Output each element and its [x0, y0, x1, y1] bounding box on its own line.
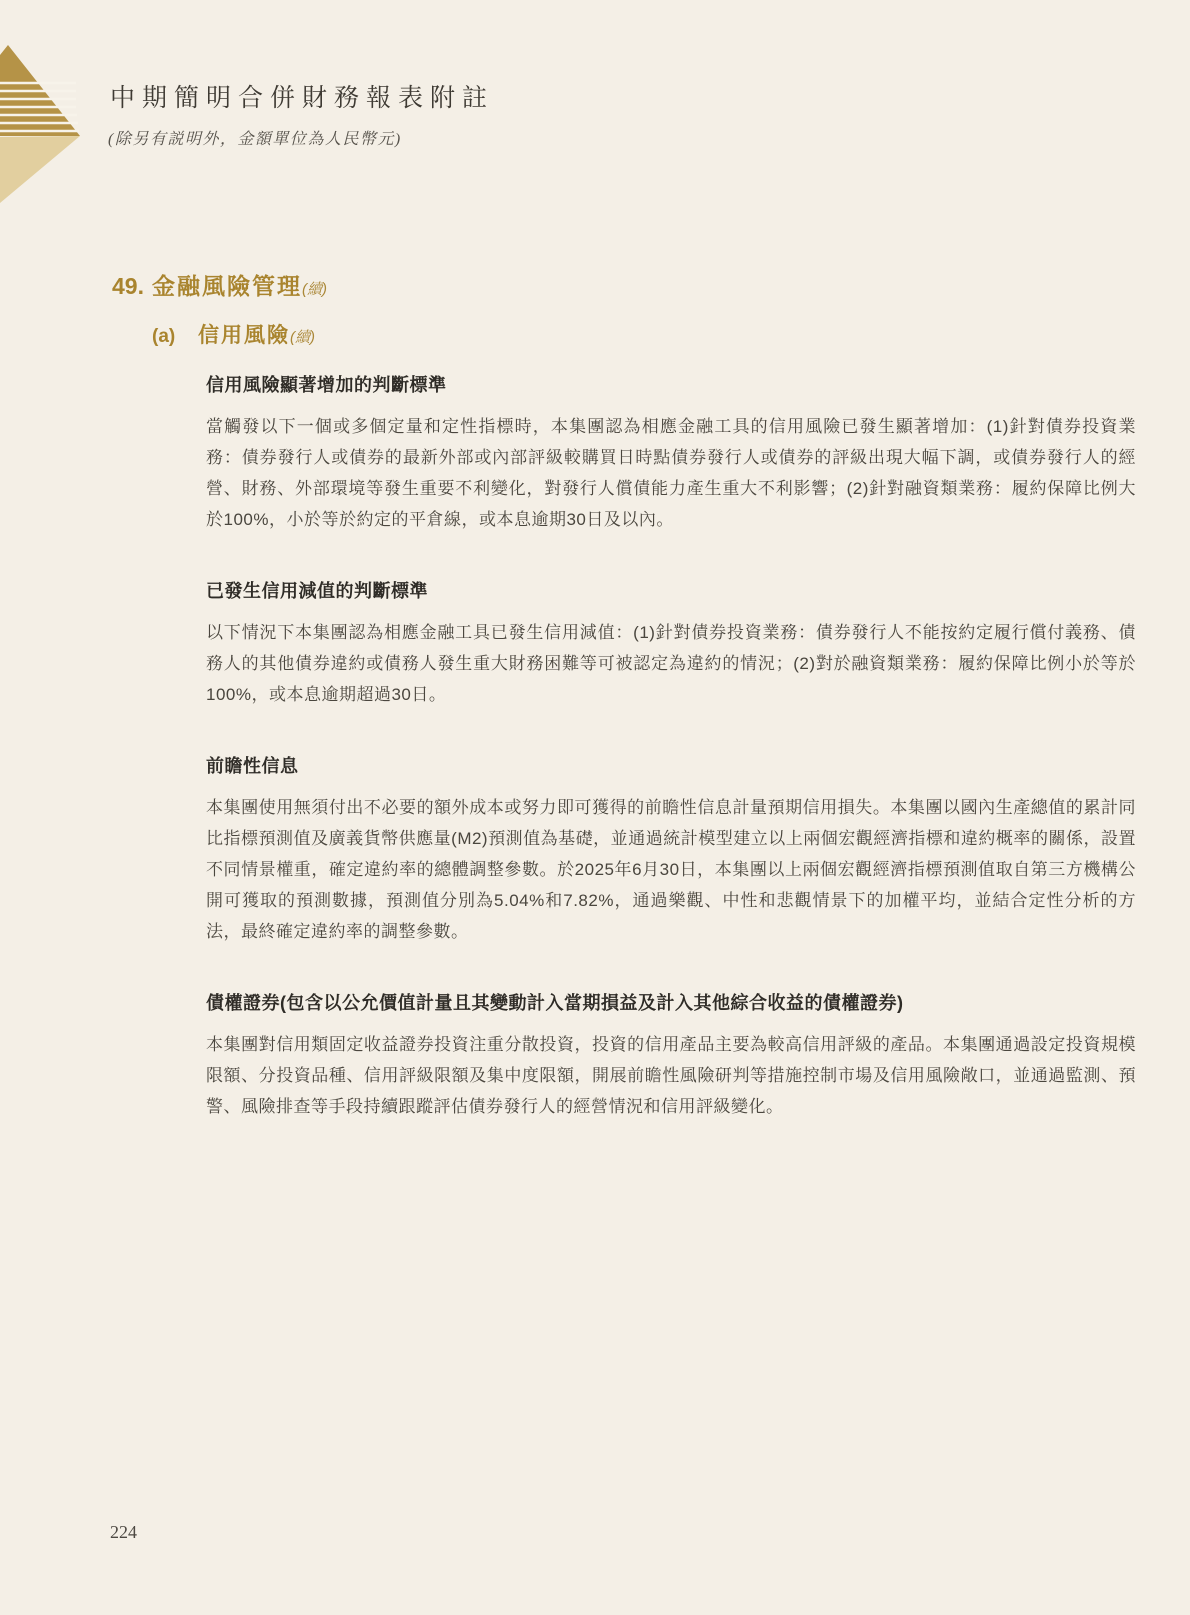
- paragraph-forward-looking-info: 本集團使用無須付出不必要的額外成本或努力即可獲得的前瞻性信息計量預期信用損失。本…: [206, 792, 1136, 947]
- paragraph-credit-impaired-criteria: 以下情況下本集團認為相應金融工具已發生信用減值：(1)針對債券投資業務：債券發行…: [206, 617, 1136, 710]
- subsection-title-text: 信用風險: [198, 324, 290, 347]
- heading-forward-looking-info: 前瞻性信息: [206, 710, 1136, 778]
- document-header: 中期簡明合併財務報表附註 (除另有説明外，金額單位為人民幣元): [110, 78, 494, 149]
- section-title-text: 金融風險管理: [152, 273, 302, 299]
- paragraph-sicr-criteria: 當觸發以下一個或多個定量和定性指標時，本集團認為相應金融工具的信用風險已發生顯著…: [206, 411, 1136, 535]
- logo-stripes: [0, 83, 79, 131]
- subsection-label: (a): [152, 326, 198, 348]
- corner-triangle-logo: [0, 45, 110, 205]
- subsection-continued-marker: (續): [290, 329, 315, 346]
- main-content: 49. 金融風險管理(續) (a) 信用風險(續) 信用風險顯著增加的判斷標準 …: [0, 268, 1190, 1122]
- section-49-row: 49. 金融風險管理(續): [112, 268, 1190, 301]
- page-number: 224: [110, 1522, 137, 1543]
- paragraph-debt-securities: 本集團對信用類固定收益證券投資注重分散投資，投資的信用產品主要為較高信用評級的產…: [206, 1029, 1136, 1122]
- section-title: 金融風險管理(續): [152, 268, 327, 301]
- subsection-title: 信用風險(續): [198, 319, 315, 349]
- heading-sicr-criteria: 信用風險顯著增加的判斷標準: [206, 349, 1136, 397]
- heading-debt-securities: 債權證券(包含以公允價值計量且其變動計入當期損益及計入其他綜合收益的債權證券): [206, 947, 1136, 1015]
- document-page: { "header": { "title": "中期簡明合併財務報表附註", "…: [0, 0, 1190, 1615]
- subsection-a-row: (a) 信用風險(續): [152, 319, 1190, 349]
- section-continued-marker: (續): [302, 281, 327, 298]
- section-number: 49.: [112, 273, 152, 300]
- body-content: 信用風險顯著增加的判斷標準 當觸發以下一個或多個定量和定性指標時，本集團認為相應…: [206, 349, 1136, 1122]
- document-subtitle: (除另有説明外，金額單位為人民幣元): [108, 126, 494, 149]
- heading-credit-impaired-criteria: 已發生信用減值的判斷標準: [206, 535, 1136, 603]
- document-title: 中期簡明合併財務報表附註: [110, 78, 494, 114]
- logo-light-triangle: [0, 136, 80, 203]
